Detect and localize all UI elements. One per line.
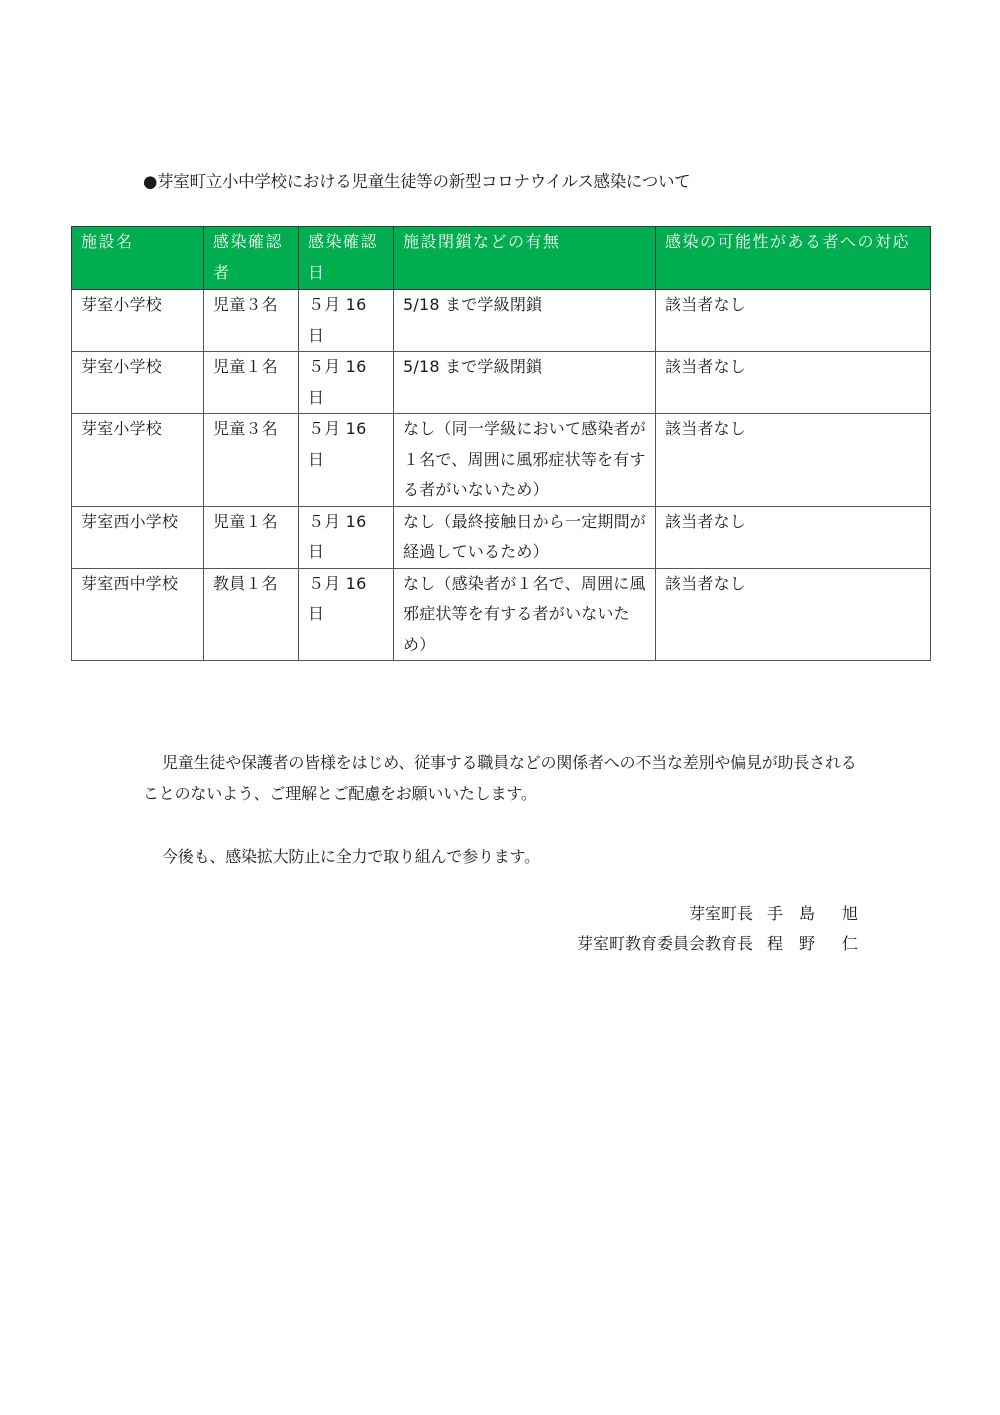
cell-closure: 5/18 まで学級閉鎖 [394,290,656,352]
cell-response: 該当者なし [656,352,931,414]
cell-confirmed: 児童１名 [204,352,299,414]
signature-mayor: 芽室町長手 島旭 [689,902,858,926]
document-title: ●芽室町立小中学校における児童生徒等の新型コロナウイルス感染について [143,170,690,194]
cell-date: ５月 16 日 [299,568,394,661]
cell-date: ５月 16 日 [299,352,394,414]
cell-closure: なし（感染者が１名で、周囲に風邪症状等を有する者がいないため） [394,568,656,661]
header-facility: 施設名 [72,227,204,290]
signature-family-name: 手 島 [767,904,815,923]
table-header-row: 施設名 感染確認者 感染確認日 施設閉鎖などの有無 感染の可能性がある者への対応 [72,227,931,290]
request-paragraph-text: 児童生徒や保護者の皆様をはじめ、従事する職員などの関係者への不当な差別や偏見が助… [143,753,857,803]
cell-response: 該当者なし [656,506,931,568]
cell-confirmed: 児童３名 [204,290,299,352]
cell-closure: なし（最終接触日から一定期間が経過しているため） [394,506,656,568]
cell-facility: 芽室小学校 [72,290,204,352]
header-closure: 施設閉鎖などの有無 [394,227,656,290]
header-confirmed-date: 感染確認日 [299,227,394,290]
cell-facility: 芽室西小学校 [72,506,204,568]
cell-confirmed: 教員１名 [204,568,299,661]
table-row: 芽室小学校 児童３名 ５月 16 日 5/18 まで学級閉鎖 該当者なし [72,290,931,352]
table-row: 芽室西中学校 教員１名 ５月 16 日 なし（感染者が１名で、周囲に風邪症状等を… [72,568,931,661]
cell-confirmed: 児童３名 [204,414,299,507]
commitment-paragraph-text: 今後も、感染拡大防止に全力で取り組んで参ります。 [162,847,540,866]
commitment-paragraph: 今後も、感染拡大防止に全力で取り組んで参ります。 [143,841,863,872]
header-response: 感染の可能性がある者への対応 [656,227,931,290]
cell-date: ５月 16 日 [299,290,394,352]
table-row: 芽室小学校 児童１名 ５月 16 日 5/18 まで学級閉鎖 該当者なし [72,352,931,414]
table-row: 芽室西小学校 児童１名 ５月 16 日 なし（最終接触日から一定期間が経過してい… [72,506,931,568]
cell-facility: 芽室西中学校 [72,568,204,661]
cell-date: ５月 16 日 [299,506,394,568]
cell-response: 該当者なし [656,290,931,352]
signature-family-name: 程 野 [767,934,815,953]
cell-response: 該当者なし [656,414,931,507]
signature-superintendent: 芽室町教育委員会教育長程 野仁 [577,932,858,956]
cell-facility: 芽室小学校 [72,352,204,414]
signature-given-name: 仁 [842,934,858,953]
signature-role: 芽室町教育委員会教育長 [577,934,753,953]
cell-response: 該当者なし [656,568,931,661]
table-row: 芽室小学校 児童３名 ５月 16 日 なし（同一学級において感染者が１名で、周囲… [72,414,931,507]
cell-date: ５月 16 日 [299,414,394,507]
cell-closure: なし（同一学級において感染者が１名で、周囲に風邪症状等を有する者がいないため） [394,414,656,507]
header-confirmed-person: 感染確認者 [204,227,299,290]
request-paragraph: 児童生徒や保護者の皆様をはじめ、従事する職員などの関係者への不当な差別や偏見が助… [143,747,863,809]
cell-closure: 5/18 まで学級閉鎖 [394,352,656,414]
signature-role: 芽室町長 [689,904,753,923]
cell-facility: 芽室小学校 [72,414,204,507]
signature-given-name: 旭 [842,904,858,923]
cell-confirmed: 児童１名 [204,506,299,568]
infection-status-table: 施設名 感染確認者 感染確認日 施設閉鎖などの有無 感染の可能性がある者への対応… [71,226,931,661]
